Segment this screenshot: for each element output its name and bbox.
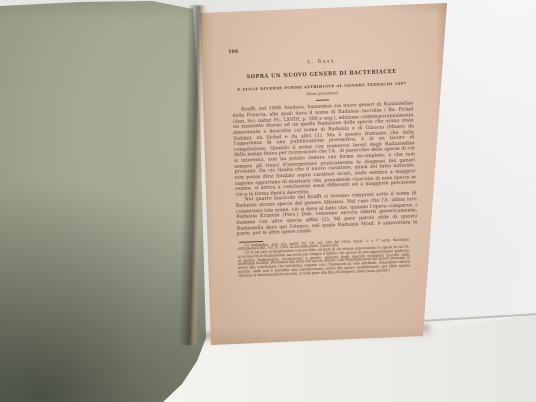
author-line: L. Rass: [231, 56, 412, 68]
article-title: SOPRA UN NUOVO GENERE DI BACTERIACEE: [231, 68, 412, 81]
body-paragraph: Nel quarto fascicolo del Krafft si trova…: [236, 192, 418, 238]
body-paragraph: Krafft, nel 1899, fondava, basandosi sui…: [232, 102, 416, 199]
section-divider: [316, 99, 329, 100]
printed-text-block: 166 L. Rass SOPRA UN NUOVO GENERE DI BAC…: [230, 41, 419, 278]
book-photo: 166 L. Rass SOPRA UN NUOVO GENERE DI BAC…: [0, 0, 536, 402]
page-number: 166: [228, 50, 238, 55]
